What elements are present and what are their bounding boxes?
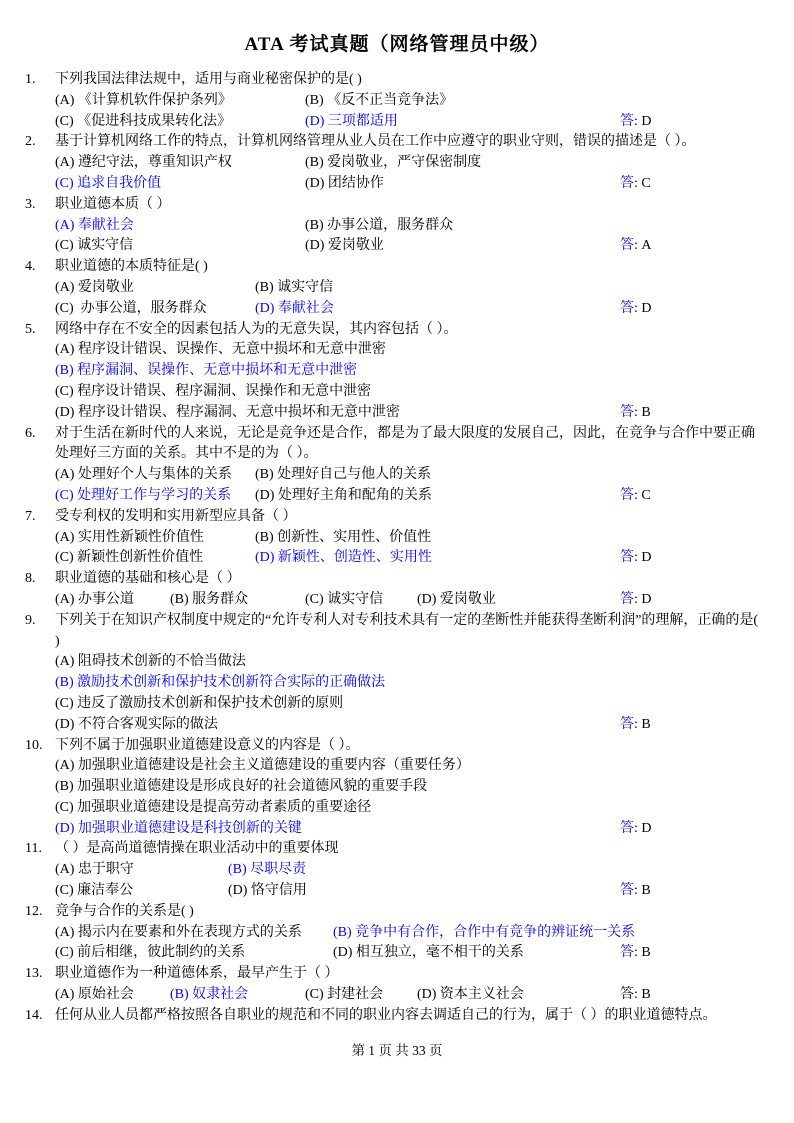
question-number: 1. xyxy=(25,70,55,91)
question-block: 4. 职业道德的本质特征是( ) (A) 爱岗敬业(B) 诚实守信(C) 办事公… xyxy=(0,257,794,319)
option-row: (B) 程序漏洞、误操作、无意中损坏和无意中泄密 xyxy=(55,361,794,382)
option-row: (A) 办事公道(B) 服务群众(C) 诚实守信(D) 爱岗敬业答: D xyxy=(55,590,794,611)
option-c: (C) 加强职业道德建设是提高劳动者素质的重要途径 xyxy=(55,798,371,819)
option-c: (C) 封建社会 xyxy=(305,985,417,1006)
page-footer: 第 1 页 共 33 页 xyxy=(0,1041,794,1062)
option-d: (D) 奉献社会 xyxy=(255,299,334,320)
option-c: (C) 诚实守信 xyxy=(305,590,417,611)
answer-prefix: 答 xyxy=(620,945,634,960)
question-text-row: 5. 网络中存在不安全的因素包括人为的无意失误，其内容包括（ ）。 xyxy=(0,320,794,341)
question-text-row: 3. 职业道德本质（ ） xyxy=(0,195,794,216)
answer-badge: 答: B xyxy=(620,715,651,736)
option-row: (C) 廉洁奉公(D) 恪守信用答: B xyxy=(55,881,794,902)
question-options: (A) 奉献社会(B) 办事公道，服务群众(C) 诚实守信(D) 爱岗敬业答: … xyxy=(0,216,794,258)
question-number: 9. xyxy=(25,611,55,653)
question-options: (A) 爱岗敬业(B) 诚实守信(C) 办事公道，服务群众(D) 奉献社会答: … xyxy=(0,278,794,320)
question-text: 职业道德作为一种道德体系，最早产生于（ ） xyxy=(55,964,760,985)
question-text: 职业道德的基础和核心是（ ） xyxy=(55,569,760,590)
answer-badge: 答: B xyxy=(620,881,651,902)
answer-prefix: 答 xyxy=(620,488,634,503)
question-number: 5. xyxy=(25,320,55,341)
question-number: 11. xyxy=(25,839,55,860)
option-c: (C) 程序设计错误、程序漏洞、误操作和无意中泄密 xyxy=(55,382,371,403)
answer-letter: : D xyxy=(634,821,652,836)
answer-badge: 答: B xyxy=(620,943,651,964)
option-c: (C) 前后相继，彼此制约的关系 xyxy=(55,943,333,964)
option-row: (A) 奉献社会(B) 办事公道，服务群众 xyxy=(55,216,794,237)
question-block: 10. 下列不属于加强职业道德建设意义的内容是（ ）。 (A) 加强职业道德建设… xyxy=(0,736,794,840)
option-c: (C) 新颖性创新性价值性 xyxy=(55,548,255,569)
option-d: (D) 三项都适用 xyxy=(305,112,398,133)
option-row: (C) 新颖性创新性价值性(D) 新颖性、创造性、实用性答: D xyxy=(55,548,794,569)
option-d: (D) 资本主义社会 xyxy=(417,985,524,1006)
option-c: (C) 违反了激励技术创新和保护技术创新的原则 xyxy=(55,694,343,715)
question-number: 12. xyxy=(25,902,55,923)
question-text: 职业道德的本质特征是( ) xyxy=(55,257,760,278)
option-row: (C) 违反了激励技术创新和保护技术创新的原则 xyxy=(55,694,794,715)
option-a: (A) 加强职业道德建设是社会主义道德建设的重要内容（重要任务） xyxy=(55,756,470,777)
option-b: (B) 爱岗敬业，严守保密制度 xyxy=(305,153,481,174)
answer-badge: 答: D xyxy=(620,299,652,320)
answer-prefix: 答 xyxy=(620,176,634,191)
option-d: (D) 团结协作 xyxy=(305,174,384,195)
answer-letter: : B xyxy=(634,717,651,732)
option-row: (C) 《促进科技成果转化法》(D) 三项都适用答: D xyxy=(55,112,794,133)
option-a: (A) 阻碍技术创新的不恰当做法 xyxy=(55,652,246,673)
question-options: (A) 《计算机软件保护条列》(B) 《反不正当竞争法》(C) 《促进科技成果转… xyxy=(0,91,794,133)
option-row: (A) 加强职业道德建设是社会主义道德建设的重要内容（重要任务） xyxy=(55,756,794,777)
option-row: (C) 程序设计错误、程序漏洞、误操作和无意中泄密 xyxy=(55,382,794,403)
answer-prefix: 答 xyxy=(620,301,634,316)
option-b: (B) 程序漏洞、误操作、无意中损坏和无意中泄密 xyxy=(55,361,357,382)
answer-letter: : B xyxy=(634,405,651,420)
option-c: (C) 办事公道，服务群众 xyxy=(55,299,255,320)
option-b: (B) 服务群众 xyxy=(170,590,305,611)
answer-letter: : D xyxy=(634,114,652,129)
answer-badge: 答: B xyxy=(620,985,651,1006)
option-b: (B) 《反不正当竞争法》 xyxy=(305,91,453,112)
option-a: (A) 奉献社会 xyxy=(55,216,305,237)
option-c: (C) 处理好工作与学习的关系 xyxy=(55,486,255,507)
option-b: (B) 办事公道，服务群众 xyxy=(305,216,453,237)
question-text-row: 13. 职业道德作为一种道德体系，最早产生于（ ） xyxy=(0,964,794,985)
question-number: 13. xyxy=(25,964,55,985)
answer-prefix: 答 xyxy=(620,114,634,129)
question-options: (A) 程序设计错误、误操作、无意中损坏和无意中泄密(B) 程序漏洞、误操作、无… xyxy=(0,340,794,423)
answer-badge: 答: D xyxy=(620,819,652,840)
option-row: (B) 激励技术创新和保护技术创新符合实际的正确做法 xyxy=(55,673,794,694)
answer-letter: : B xyxy=(634,945,651,960)
option-b: (B) 诚实守信 xyxy=(255,278,333,299)
question-number: 3. xyxy=(25,195,55,216)
answer-badge: 答: D xyxy=(620,548,652,569)
option-a: (A) 原始社会 xyxy=(55,985,170,1006)
question-text-row: 8. 职业道德的基础和核心是（ ） xyxy=(0,569,794,590)
question-options: (A) 揭示内在要素和外在表现方式的关系(B) 竞争中有合作，合作中有竞争的辨证… xyxy=(0,923,794,965)
option-row: (C) 处理好工作与学习的关系(D) 处理好主角和配角的关系答: C xyxy=(55,486,794,507)
answer-badge: 答: B xyxy=(620,403,651,424)
question-text-row: 9. 下列关于在知识产权制度中规定的“允许专利人对专利技术具有一定的垄断性并能获… xyxy=(0,611,794,653)
option-a: (A) 处理好个人与集体的关系 xyxy=(55,465,255,486)
answer-letter: : C xyxy=(634,176,651,191)
option-row: (C) 诚实守信(D) 爱岗敬业答: A xyxy=(55,236,794,257)
option-a: (A) 程序设计错误、误操作、无意中损坏和无意中泄密 xyxy=(55,340,386,361)
question-block: 2. 基于计算机网络工作的特点，计算机网络管理从业人员在工作中应遵守的职业守则，… xyxy=(0,132,794,194)
question-block: 11. （ ）是高尚道德情操在职业活动中的重要体现 (A) 忠于职守(B) 尽职… xyxy=(0,839,794,901)
answer-letter: : A xyxy=(634,238,652,253)
option-b: (B) 奴隶社会 xyxy=(170,985,305,1006)
answer-letter: : B xyxy=(634,987,651,1002)
question-list: 1. 下列我国法律法规中，适用与商业秘密保护的是( ) (A) 《计算机软件保护… xyxy=(0,70,794,1027)
option-a: (A) 揭示内在要素和外在表现方式的关系 xyxy=(55,923,333,944)
question-number: 4. xyxy=(25,257,55,278)
option-d: (D) 新颖性、创造性、实用性 xyxy=(255,548,432,569)
question-number: 2. xyxy=(25,132,55,153)
question-options: (A) 加强职业道德建设是社会主义道德建设的重要内容（重要任务）(B) 加强职业… xyxy=(0,756,794,839)
question-options: (A) 遵纪守法，尊重知识产权(B) 爱岗敬业，严守保密制度(C) 追求自我价值… xyxy=(0,153,794,195)
question-options: (A) 原始社会(B) 奴隶社会(C) 封建社会(D) 资本主义社会答: B xyxy=(0,985,794,1006)
question-text: 受专利权的发明和实用新型应具备（ ） xyxy=(55,507,760,528)
answer-prefix: 答 xyxy=(620,592,634,607)
answer-prefix: 答 xyxy=(620,238,634,253)
option-row: (A) 程序设计错误、误操作、无意中损坏和无意中泄密 xyxy=(55,340,794,361)
document-page: ATA 考试真题（网络管理员中级） 1. 下列我国法律法规中，适用与商业秘密保护… xyxy=(0,0,794,1123)
option-a: (A) 《计算机软件保护条列》 xyxy=(55,91,305,112)
option-row: (A) 实用性新颖性价值性(B) 创新性、实用性、价值性 xyxy=(55,528,794,549)
question-text: 下列不属于加强职业道德建设意义的内容是（ ）。 xyxy=(55,736,760,757)
option-row: (A) 忠于职守(B) 尽职尽责 xyxy=(55,860,794,881)
question-options: (A) 忠于职守(B) 尽职尽责(C) 廉洁奉公(D) 恪守信用答: B xyxy=(0,860,794,902)
option-row: (A) 阻碍技术创新的不恰当做法 xyxy=(55,652,794,673)
option-row: (C) 前后相继，彼此制约的关系(D) 相互独立，毫不相干的关系答: B xyxy=(55,943,794,964)
question-block: 1. 下列我国法律法规中，适用与商业秘密保护的是( ) (A) 《计算机软件保护… xyxy=(0,70,794,132)
option-row: (D) 加强职业道德建设是科技创新的关键答: D xyxy=(55,819,794,840)
question-options: (A) 实用性新颖性价值性(B) 创新性、实用性、价值性(C) 新颖性创新性价值… xyxy=(0,528,794,570)
option-d: (D) 程序设计错误、程序漏洞、无意中损坏和无意中泄密 xyxy=(55,403,400,424)
question-number: 14. xyxy=(25,1006,55,1027)
question-text-row: 14. 任何从业人员都严格按照各自职业的规范和不同的职业内容去调适自己的行为，属… xyxy=(0,1006,794,1027)
answer-letter: : D xyxy=(634,301,652,316)
option-row: (A) 原始社会(B) 奴隶社会(C) 封建社会(D) 资本主义社会答: B xyxy=(55,985,794,1006)
answer-prefix: 答 xyxy=(620,550,634,565)
option-row: (A) 《计算机软件保护条列》(B) 《反不正当竞争法》 xyxy=(55,91,794,112)
option-row: (D) 不符合客观实际的做法答: B xyxy=(55,715,794,736)
option-row: (C) 加强职业道德建设是提高劳动者素质的重要途径 xyxy=(55,798,794,819)
question-block: 13. 职业道德作为一种道德体系，最早产生于（ ） (A) 原始社会(B) 奴隶… xyxy=(0,964,794,1006)
option-a: (A) 办事公道 xyxy=(55,590,170,611)
question-text: 任何从业人员都严格按照各自职业的规范和不同的职业内容去调适自己的行为，属于（ ）… xyxy=(55,1006,760,1027)
question-block: 9. 下列关于在知识产权制度中规定的“允许专利人对专利技术具有一定的垄断性并能获… xyxy=(0,611,794,736)
option-d: (D) 处理好主角和配角的关系 xyxy=(255,486,432,507)
option-row: (A) 爱岗敬业(B) 诚实守信 xyxy=(55,278,794,299)
question-number: 8. xyxy=(25,569,55,590)
question-text-row: 4. 职业道德的本质特征是( ) xyxy=(0,257,794,278)
question-block: 7. 受专利权的发明和实用新型应具备（ ） (A) 实用性新颖性价值性(B) 创… xyxy=(0,507,794,569)
question-text: 竞争与合作的关系是( ) xyxy=(55,902,760,923)
option-row: (B) 加强职业道德建设是形成良好的社会道德风貌的重要手段 xyxy=(55,777,794,798)
answer-letter: : B xyxy=(634,883,651,898)
question-text-row: 11. （ ）是高尚道德情操在职业活动中的重要体现 xyxy=(0,839,794,860)
option-d: (D) 爱岗敬业 xyxy=(417,590,496,611)
answer-prefix: 答 xyxy=(620,717,634,732)
option-d: (D) 恪守信用 xyxy=(228,881,307,902)
question-number: 6. xyxy=(25,424,55,466)
option-b: (B) 尽职尽责 xyxy=(228,860,306,881)
question-block: 6. 对于生活在新时代的人来说，无论是竞争还是合作，都是为了最大限度的发展自己，… xyxy=(0,424,794,507)
option-row: (A) 揭示内在要素和外在表现方式的关系(B) 竞争中有合作，合作中有竞争的辨证… xyxy=(55,923,794,944)
option-c: (C) 《促进科技成果转化法》 xyxy=(55,112,305,133)
answer-badge: 答: C xyxy=(620,486,651,507)
question-text-row: 12. 竞争与合作的关系是( ) xyxy=(0,902,794,923)
question-number: 7. xyxy=(25,507,55,528)
option-row: (C) 追求自我价值(D) 团结协作答: C xyxy=(55,174,794,195)
answer-letter: : D xyxy=(634,550,652,565)
question-block: 3. 职业道德本质（ ） (A) 奉献社会(B) 办事公道，服务群众(C) 诚实… xyxy=(0,195,794,257)
question-block: 14. 任何从业人员都严格按照各自职业的规范和不同的职业内容去调适自己的行为，属… xyxy=(0,1006,794,1027)
answer-prefix: 答 xyxy=(620,987,634,1002)
question-block: 12. 竞争与合作的关系是( ) (A) 揭示内在要素和外在表现方式的关系(B)… xyxy=(0,902,794,964)
question-block: 5. 网络中存在不安全的因素包括人为的无意失误，其内容包括（ ）。 (A) 程序… xyxy=(0,320,794,424)
option-d: (D) 加强职业道德建设是科技创新的关键 xyxy=(55,819,302,840)
option-row: (A) 遵纪守法，尊重知识产权(B) 爱岗敬业，严守保密制度 xyxy=(55,153,794,174)
question-options: (A) 阻碍技术创新的不恰当做法(B) 激励技术创新和保护技术创新符合实际的正确… xyxy=(0,652,794,735)
option-c: (C) 廉洁奉公 xyxy=(55,881,228,902)
question-text-row: 6. 对于生活在新时代的人来说，无论是竞争还是合作，都是为了最大限度的发展自己，… xyxy=(0,424,794,466)
answer-badge: 答: D xyxy=(620,112,652,133)
option-d: (D) 爱岗敬业 xyxy=(305,236,384,257)
question-text-row: 1. 下列我国法律法规中，适用与商业秘密保护的是( ) xyxy=(0,70,794,91)
option-c: (C) 诚实守信 xyxy=(55,236,305,257)
option-a: (A) 实用性新颖性价值性 xyxy=(55,528,255,549)
question-text: 基于计算机网络工作的特点，计算机网络管理从业人员在工作中应遵守的职业守则，错误的… xyxy=(55,132,760,153)
answer-badge: 答: A xyxy=(620,236,652,257)
question-text: 下列我国法律法规中，适用与商业秘密保护的是( ) xyxy=(55,70,760,91)
question-text: 网络中存在不安全的因素包括人为的无意失误，其内容包括（ ）。 xyxy=(55,320,760,341)
option-row: (C) 办事公道，服务群众(D) 奉献社会答: D xyxy=(55,299,794,320)
question-block: 8. 职业道德的基础和核心是（ ） (A) 办事公道(B) 服务群众(C) 诚实… xyxy=(0,569,794,611)
answer-prefix: 答 xyxy=(620,821,634,836)
option-d: (D) 不符合客观实际的做法 xyxy=(55,715,218,736)
answer-letter: : C xyxy=(634,488,651,503)
question-options: (A) 办事公道(B) 服务群众(C) 诚实守信(D) 爱岗敬业答: D xyxy=(0,590,794,611)
option-a: (A) 忠于职守 xyxy=(55,860,228,881)
question-text-row: 10. 下列不属于加强职业道德建设意义的内容是（ ）。 xyxy=(0,736,794,757)
question-text: 下列关于在知识产权制度中规定的“允许专利人对专利技术具有一定的垄断性并能获得垄断… xyxy=(55,611,760,653)
option-b: (B) 激励技术创新和保护技术创新符合实际的正确做法 xyxy=(55,673,385,694)
answer-prefix: 答 xyxy=(620,405,634,420)
option-a: (A) 遵纪守法，尊重知识产权 xyxy=(55,153,305,174)
option-c: (C) 追求自我价值 xyxy=(55,174,305,195)
option-row: (D) 程序设计错误、程序漏洞、无意中损坏和无意中泄密答: B xyxy=(55,403,794,424)
answer-badge: 答: C xyxy=(620,174,651,195)
option-b: (B) 创新性、实用性、价值性 xyxy=(255,528,431,549)
option-b: (B) 加强职业道德建设是形成良好的社会道德风貌的重要手段 xyxy=(55,777,427,798)
question-number: 10. xyxy=(25,736,55,757)
answer-letter: : D xyxy=(634,592,652,607)
option-a: (A) 爱岗敬业 xyxy=(55,278,255,299)
question-text-row: 2. 基于计算机网络工作的特点，计算机网络管理从业人员在工作中应遵守的职业守则，… xyxy=(0,132,794,153)
question-text: 职业道德本质（ ） xyxy=(55,195,760,216)
question-options: (A) 处理好个人与集体的关系(B) 处理好自己与他人的关系(C) 处理好工作与… xyxy=(0,465,794,507)
option-b: (B) 竞争中有合作，合作中有竞争的辨证统一关系 xyxy=(333,923,635,944)
answer-badge: 答: D xyxy=(620,590,652,611)
question-text-row: 7. 受专利权的发明和实用新型应具备（ ） xyxy=(0,507,794,528)
option-row: (A) 处理好个人与集体的关系(B) 处理好自己与他人的关系 xyxy=(55,465,794,486)
question-text: 对于生活在新时代的人来说，无论是竞争还是合作，都是为了最大限度的发展自己，因此，… xyxy=(55,424,760,466)
option-d: (D) 相互独立，毫不相干的关系 xyxy=(333,943,524,964)
option-b: (B) 处理好自己与他人的关系 xyxy=(255,465,431,486)
answer-prefix: 答 xyxy=(620,883,634,898)
question-text: （ ）是高尚道德情操在职业活动中的重要体现 xyxy=(55,839,760,860)
page-title: ATA 考试真题（网络管理员中级） xyxy=(0,0,794,57)
